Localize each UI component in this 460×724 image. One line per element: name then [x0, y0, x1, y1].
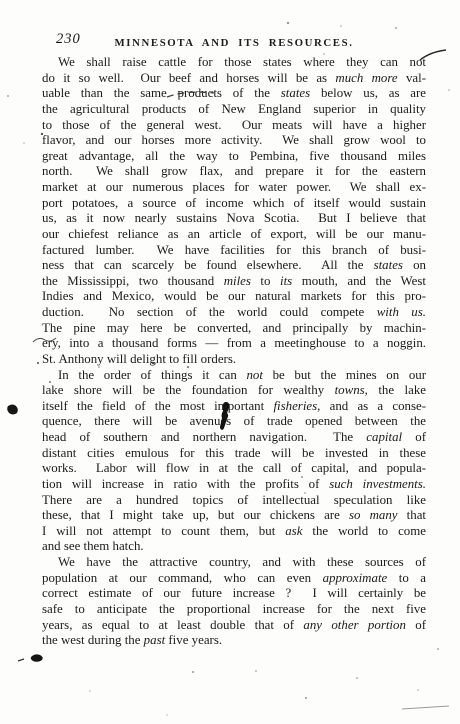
paragraph: We have the attractive country, and with… — [42, 555, 426, 649]
text-line: correct estimate of our future increase … — [42, 586, 426, 602]
text-line: Indies and Mexico, would be our natural … — [42, 289, 426, 305]
text-line: duction. No section of the world could c… — [42, 305, 426, 321]
text-line: tion will increase in ratio with the pro… — [42, 477, 426, 493]
bottom-rule-line — [402, 706, 449, 709]
text-line: great advantage, all the way to Pembina,… — [42, 149, 426, 165]
text-line: ery, into a thousand forms — from a meet… — [42, 336, 426, 352]
text-line: safe to anticipate the proportional incr… — [42, 602, 426, 618]
text-line: north. We shall grow flax, and prepare i… — [42, 164, 426, 180]
text-line: flavor, and our horses more activity. We… — [42, 133, 426, 149]
paragraph: In the order of things it can not be but… — [42, 368, 426, 556]
text-line: the agricultural products of New England… — [42, 102, 426, 118]
text-line: St. Anthony will delight to fill orders. — [42, 352, 426, 368]
text-line: The pine may here be converted, and prin… — [42, 321, 426, 337]
paragraph: We shall raise cattle for those states w… — [42, 55, 426, 368]
text-line: port potatoes, a source of income which … — [42, 196, 426, 212]
page-text: We shall raise cattle for those states w… — [42, 55, 426, 649]
page-number: 230 — [56, 31, 81, 48]
text-line: distant cities emulous for this trade wi… — [42, 446, 426, 462]
margin-ink-blot — [7, 405, 18, 415]
text-line: market at our numerous places for water … — [42, 180, 426, 196]
text-line: uable than the same products of the stat… — [42, 86, 426, 102]
text-line: lake shore will be the foundation for we… — [42, 383, 426, 399]
text-line: to those of the general west. Our meats … — [42, 118, 426, 134]
running-title: MINNESOTA AND ITS RESOURCES. — [115, 37, 354, 49]
text-line: our chiefest reliance as an article of e… — [42, 227, 426, 243]
text-line: do it so well. Our beef and horses will … — [42, 71, 426, 87]
text-line: We shall raise cattle for those states w… — [42, 55, 426, 71]
text-line: quence, there will be avenues of trade o… — [42, 414, 426, 430]
text-line: works. Labor will flow in at the call of… — [42, 461, 426, 477]
text-line: There are a hundred topics of intellectu… — [42, 493, 426, 509]
text-line: these, that I might take up, but our chi… — [42, 508, 426, 524]
text-line: ness that can scarcely be found elsewher… — [42, 258, 426, 274]
text-line: the Mississippi, two thousand miles to i… — [42, 274, 426, 290]
text-line: I will not attempt to count them, but as… — [42, 524, 426, 540]
page-header: 230 MINNESOTA AND ITS RESOURCES. — [42, 33, 426, 51]
text-line: us, as it now nearly sustains Nova Scoti… — [42, 211, 426, 227]
bottom-smudge-blot — [31, 654, 43, 661]
book-page: 230 MINNESOTA AND ITS RESOURCES. We shal… — [0, 0, 460, 724]
text-line: and see them hatch. — [42, 539, 426, 555]
text-line: In the order of things it can not be but… — [42, 368, 426, 384]
text-line: years, as equal to at least double that … — [42, 618, 426, 634]
text-line: itself the field of the most important f… — [42, 399, 426, 415]
bottom-smudge-dash — [18, 659, 24, 661]
text-line: the west during the past five years. — [42, 633, 426, 649]
text-line: We have the attractive country, and with… — [42, 555, 426, 571]
text-line: head of southern and northern navigation… — [42, 430, 426, 446]
text-line: factured lumber. We have facilities for … — [42, 243, 426, 259]
text-line: population at our command, who can even … — [42, 571, 426, 587]
